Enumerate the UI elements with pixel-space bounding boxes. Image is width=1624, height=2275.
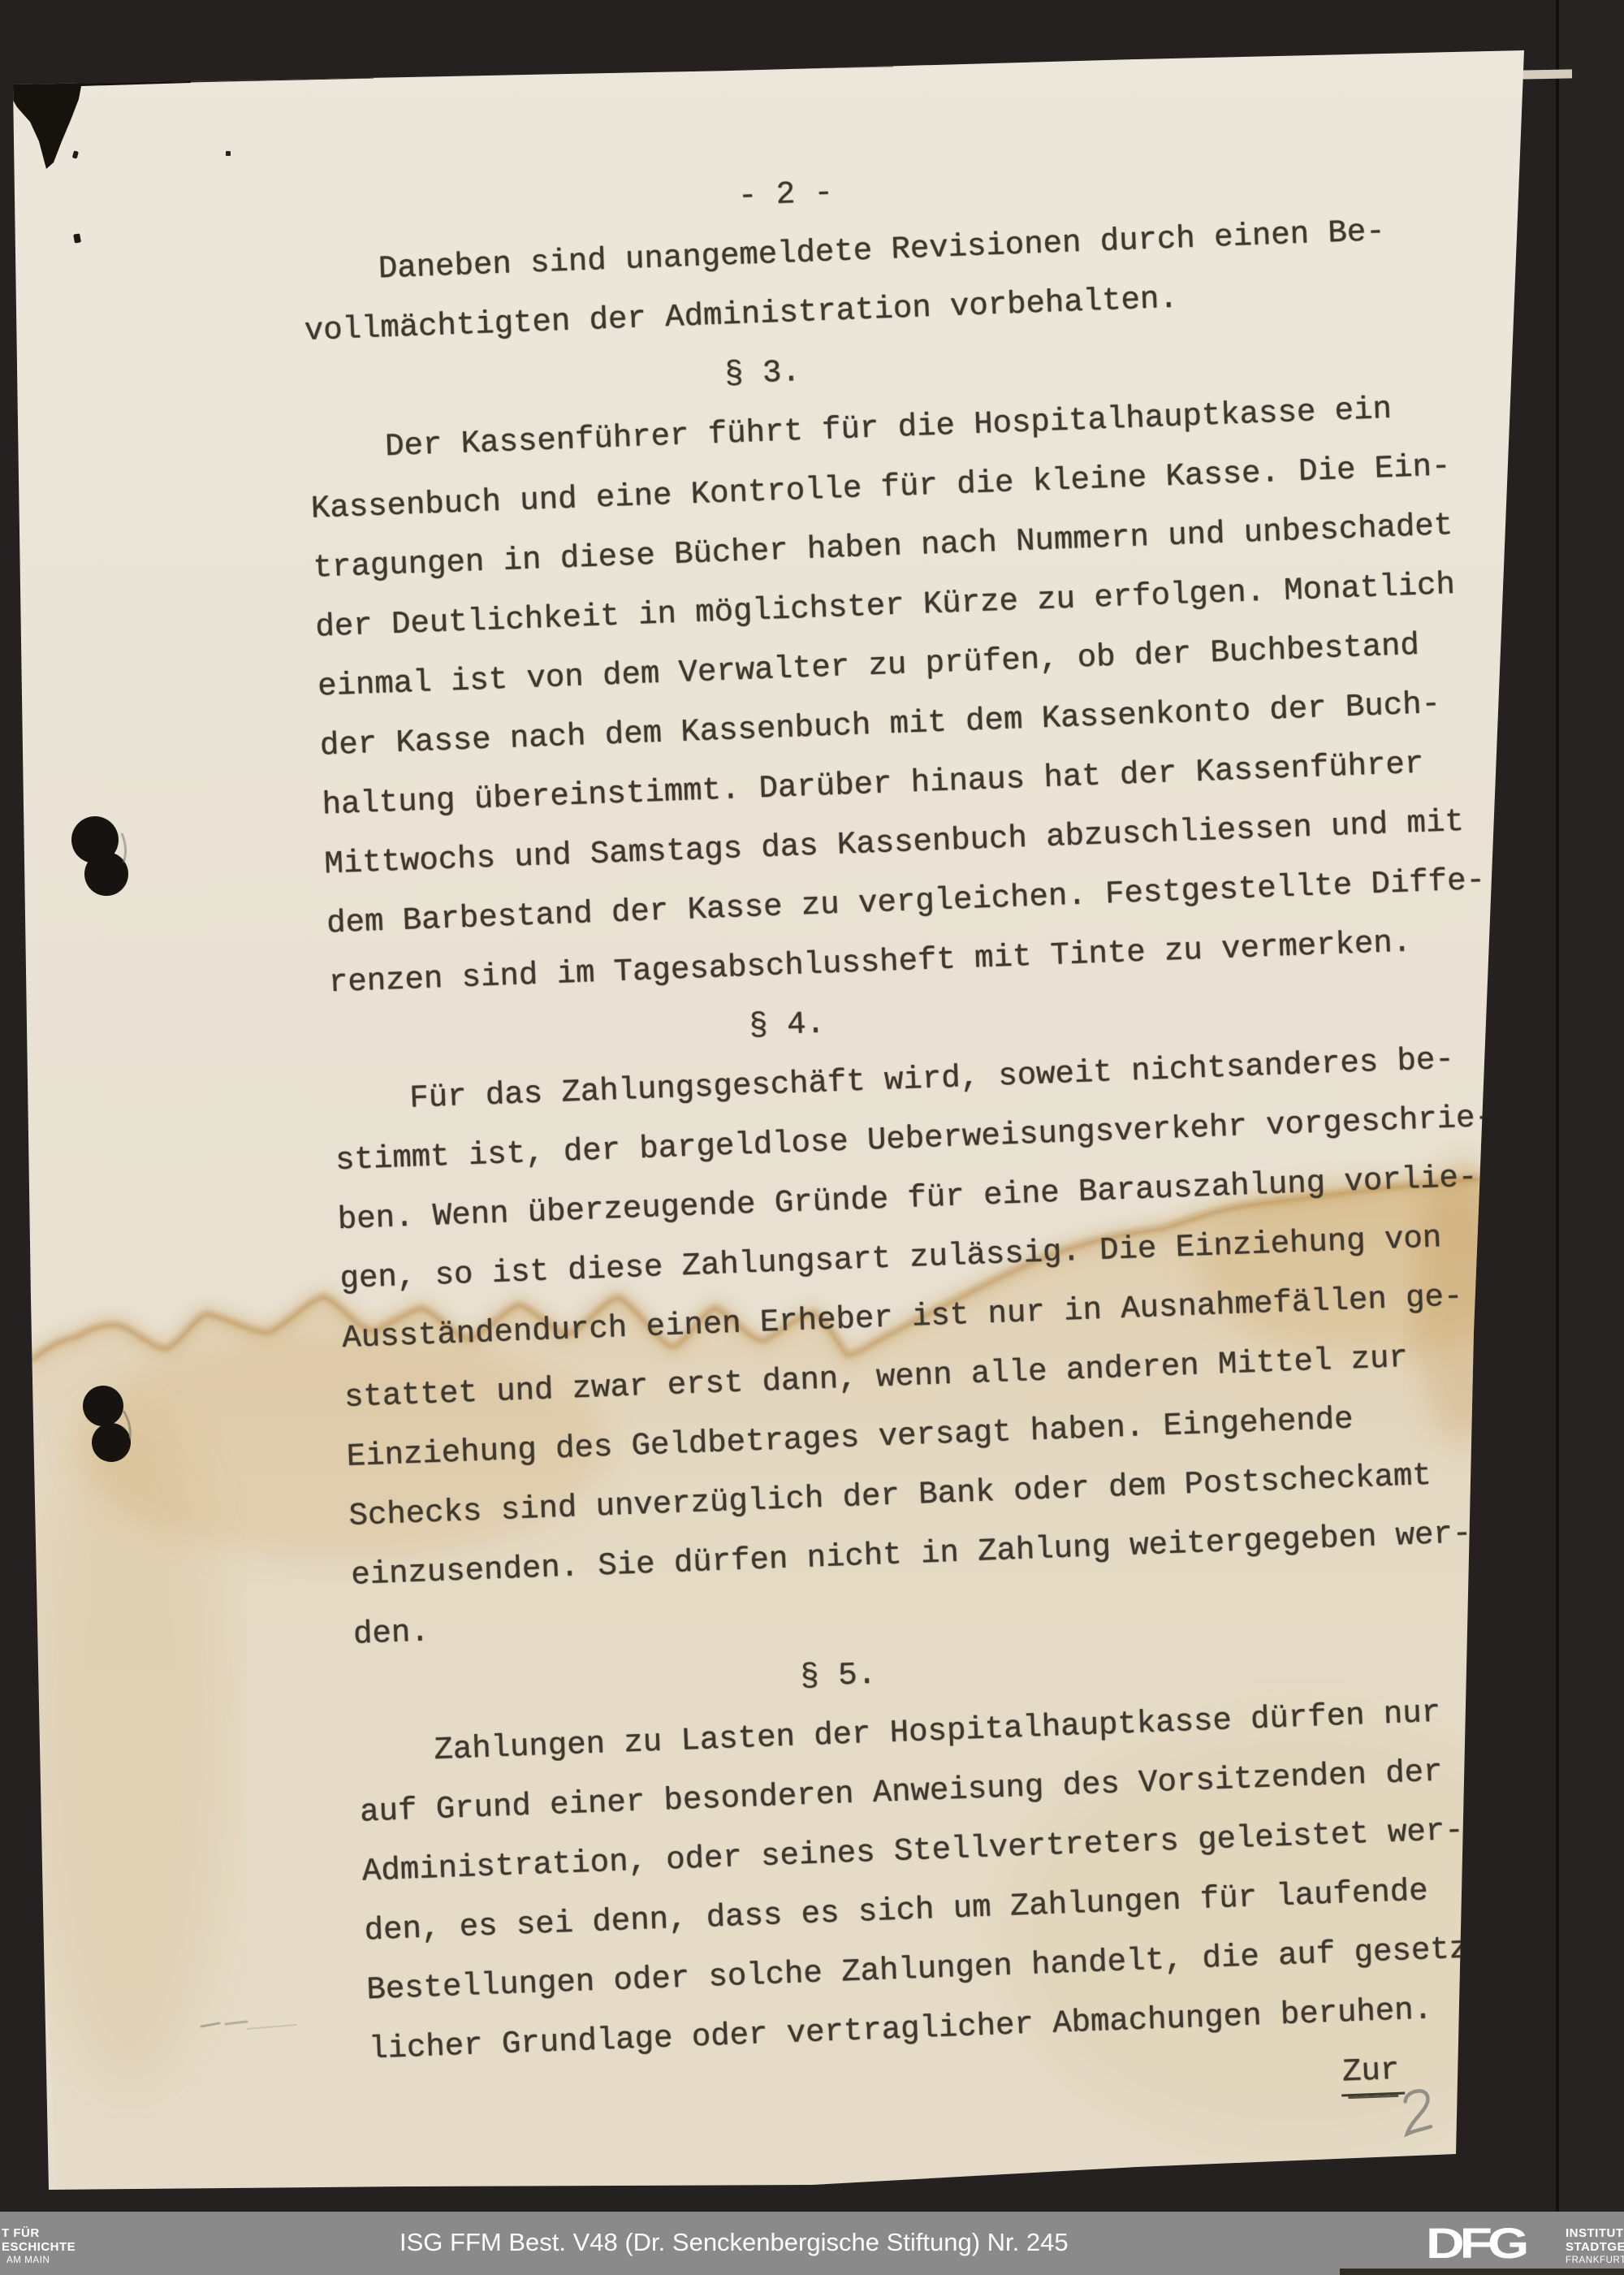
paper-speck	[72, 150, 79, 158]
logo-text-line: AM MAIN	[2, 2254, 76, 2268]
backing-board-seam	[1556, 0, 1624, 2212]
ink-blob-upper	[71, 816, 128, 896]
ink-blot-top-left	[11, 71, 191, 169]
archive-caption: ISG FFM Best. V48 (Dr. Senckenbergische …	[400, 2228, 1069, 2257]
logo-text-line: FRANKFURT	[1566, 2254, 1624, 2268]
paper-speck	[226, 151, 231, 156]
bottom-dark-strip	[1340, 2269, 1624, 2275]
catchword: Zur	[1340, 2052, 1405, 2097]
isg-logo-right: INSTITUTSTADTGEFRANKFURT	[1566, 2226, 1624, 2268]
top-edge-shadow	[77, 65, 893, 82]
logo-text-line: INSTITUT	[1566, 2226, 1624, 2240]
dfg-logo: DFG	[1426, 2218, 1524, 2268]
caption-bar: T FÜRESCHICHTEAM MAIN ISG FFM Best. V48 …	[0, 2212, 1624, 2275]
typed-text-block: - 2 -Daneben sind unangemeldete Revision…	[299, 138, 1589, 2139]
background-paper-sliver	[1518, 69, 1572, 79]
logo-text-line: STADTGE	[1566, 2240, 1624, 2254]
paper-speck	[73, 233, 81, 243]
logo-text-line: T FÜR	[2, 2226, 76, 2240]
document-page: - 2 -Daneben sind unangemeldete Revision…	[0, 0, 1624, 2275]
scan-background: - 2 -Daneben sind unangemeldete Revision…	[0, 0, 1624, 2275]
logo-text-line: ESCHICHTE	[2, 2240, 76, 2254]
isg-logo-left: T FÜRESCHICHTEAM MAIN	[2, 2226, 76, 2268]
